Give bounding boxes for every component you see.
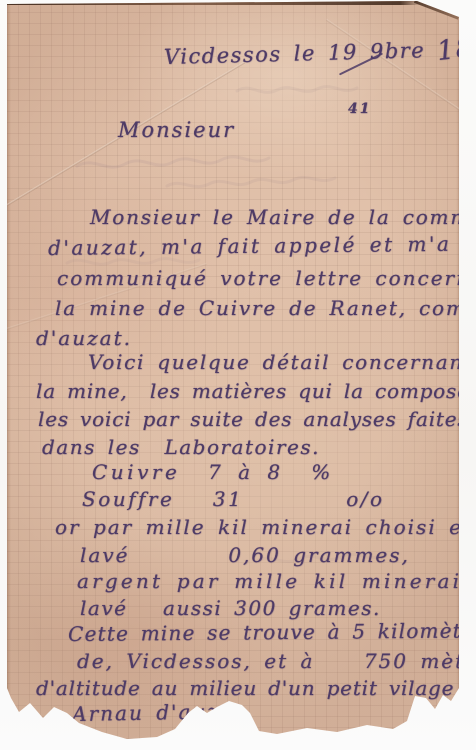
letter-line: Monsieur le Maire de la commune [90, 207, 476, 227]
letter-line: les voici par suite des analyses faites [38, 409, 468, 429]
letter-line: la mine, les matières qui la composent [36, 381, 476, 401]
letter-line: de, Vicdessos, et à 750 mètres [77, 651, 476, 671]
letter-line: lavé aussi 300 grames. [80, 598, 381, 618]
dateline: Vicdessos le 19 9bre1897 [90, 12, 476, 92]
dateline-year: 1897 [436, 30, 476, 65]
letter-line: d'altitude au milieu d'un petit vilage [36, 678, 454, 698]
paper-left-edge-shading [7, 1, 11, 745]
letter-line: Cette mine se trouve à 5 kilomètres [68, 620, 476, 644]
letter-line: argent par mille kil minerai [77, 571, 462, 591]
letter-line: Cuivre 7 à 8 % [92, 462, 334, 482]
letter-line: Arnau d'auzat [72, 701, 244, 724]
scan-background: Vicdessos le 19 9bre1897 41 Monsieur Mon… [0, 0, 476, 750]
letter-line: Voici quelque détail concernant [88, 352, 474, 372]
letter-line: dans les Laboratoires. [42, 437, 320, 457]
letter-paper: Vicdessos le 19 9bre1897 41 Monsieur Mon… [7, 1, 460, 745]
letter-line: Souffre 31 o/o [82, 489, 385, 509]
letter-line: d'auzat. [36, 328, 132, 348]
letter-line: lavé 0,60 grammes, [80, 545, 410, 565]
page-mark: 41 [348, 102, 371, 116]
letter-line: d'auzat, m'a fait appelé et m'a [48, 234, 451, 258]
letter-line: or par mille kil minerai choisi et [55, 517, 473, 537]
dateline-place-date: Vicdessos le 19 9bre [164, 38, 426, 69]
letter-line: la mine de Cuivre de Ranet, commune [55, 298, 476, 318]
paper-top-edge [7, 1, 421, 5]
letter-line: communiqué votre lettre concernant [57, 268, 476, 288]
salutation: Monsieur [118, 120, 235, 141]
